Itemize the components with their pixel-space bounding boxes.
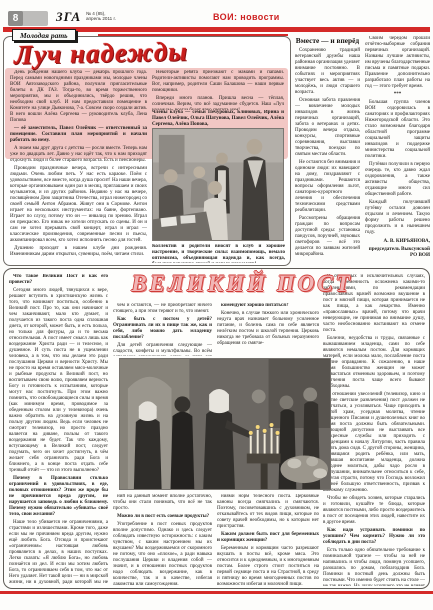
luch-column-right: Некоторые ребята приезжают с мамами и па… [152, 70, 284, 110]
headline-velikiy-post: ВЕЛИКИЙ ПОСТ [112, 271, 372, 297]
paragraph: Сегодня много людей, тянущихся к вере, р… [9, 288, 108, 474]
paragraph: Конечно, в случае тяжкого или хроническо… [217, 311, 319, 347]
paragraph: Как надо устраивать поминки по усопшим? … [323, 528, 425, 546]
page-number: 8 [8, 11, 23, 26]
paragraph: День рождения нашего клуба — декабрь про… [10, 70, 147, 124]
post-column-2-top: чем и остаются, — не приобретают ничего … [113, 303, 212, 356]
paragraph: ний на данный момент вполне достаточно, … [113, 494, 212, 512]
paragraph: Впереди много планов. Пришла весна — тёп… [152, 96, 284, 110]
paragraph: Как быть с постом у детей? Ограничивать … [113, 317, 212, 341]
luch-column-left: День рождения нашего клуба — декабрь про… [10, 70, 147, 259]
paragraph: Сохранению традиций ветеранской дружбы н… [295, 48, 360, 96]
paragraph: А знаем мы друг друга с детства — росли … [10, 146, 147, 164]
paragraph: Некоторые ребята приезжают с мамами и па… [152, 70, 284, 94]
paragraph: — её заместитель, Павел Олейчик — ответс… [10, 126, 147, 144]
paragraph: Каждый получивший путёвку остался доволе… [365, 200, 430, 236]
paragraph: Большая группа членов ВОИ оздоровилась в… [365, 100, 430, 160]
paragraph: Почему в Православии столько ограничений… [9, 476, 108, 518]
post-column-2-bottom: ний на данный момент вполне достаточно, … [113, 494, 212, 586]
post-column-3-top: комендуют хорошо питаться?Конечно, в слу… [217, 303, 319, 356]
bottom-rule [0, 591, 433, 594]
paragraph: Не остаются без внимания и одинокие люди… [295, 160, 360, 214]
issue-date: апрель 2011 г. [86, 16, 138, 21]
post-column-4: В отдельных и исключительных случаях, ко… [323, 274, 425, 586]
paragraph: Путёвки получили в первую очередь те, кт… [365, 162, 430, 198]
paragraph: А. В. КИРЬЯНОВА, [365, 238, 430, 244]
club-photo [152, 128, 284, 241]
newspaper-logo: ЗГА [56, 9, 81, 25]
section-tab: Молодая рать [12, 29, 76, 41]
paragraph: Болезни, неудобства и труды, связанные с… [323, 336, 425, 390]
paragraph: Чтобы не обидеть хозяев, которые старали… [323, 496, 425, 526]
paragraph: В отношении увеселений (телевизор, кино … [323, 392, 425, 494]
paragraph: Рассмотрены обращения граждан по вопроса… [295, 216, 360, 258]
page-number-box: 8 [8, 11, 48, 26]
post-column-1: Что такое Великий Пост и как его провест… [9, 274, 108, 586]
paragraph: ниями норм телесного поста. Церковные ка… [217, 494, 319, 530]
article-vmeste-vpered: Вместе — и вперёдСохранению традиций вет… [295, 36, 430, 263]
paragraph: Употребление в пост соевых продуктов впо… [113, 522, 212, 586]
newspaper-page: 8 ЗГА № 4 (85), апрель 2011 г. ВОИ: ново… [0, 0, 433, 610]
paragraph: Для детей ограничения следующие — сладос… [113, 343, 212, 356]
paragraph: Проводим праздничные вечера, встречи с и… [10, 166, 147, 244]
club-photo-caption: Коллектив и родители вносят в клуб и хор… [152, 244, 285, 263]
members-list: Члены клуба — семьи Печуровых, Блиновых,… [152, 110, 284, 128]
paragraph: комендуют хорошо питаться? [217, 303, 319, 309]
paragraph: Своим чередом прошли отчётно-выборные со… [365, 36, 430, 90]
paragraph: Каким должен быть пост для беременных и … [217, 532, 319, 544]
paragraph: *** [365, 92, 430, 98]
paragraph: Что такое Великий Пост и как его провест… [9, 274, 108, 286]
paragraph: Можно ли в пост есть соевые продукты? [113, 514, 212, 520]
paragraph: председатель Выксунской РО ВОИ [365, 246, 430, 258]
paragraph: Беременным и кормящим часто разрешают вк… [217, 546, 319, 586]
paragraph: Есть только одно обязательное требование… [323, 548, 425, 586]
church-photo [119, 358, 331, 490]
post-column-3-bottom: ниями норм телесного поста. Церковные ка… [217, 494, 319, 586]
paragraph: Наше тело убивается не ограничениями, а … [9, 520, 108, 586]
paragraph: чем и остаются, — не приобретают ничего … [113, 303, 212, 315]
paragraph: Душевно проходят в нашем клубе дни рожде… [10, 246, 147, 258]
paragraph: Вместе — и вперёд [295, 37, 360, 45]
issue-info: № 4 (85), апрель 2011 г. [86, 11, 138, 22]
paragraph: Основная забота правления — вовлечение м… [295, 98, 360, 158]
rubric-title: ВОИ: новости [213, 12, 280, 22]
